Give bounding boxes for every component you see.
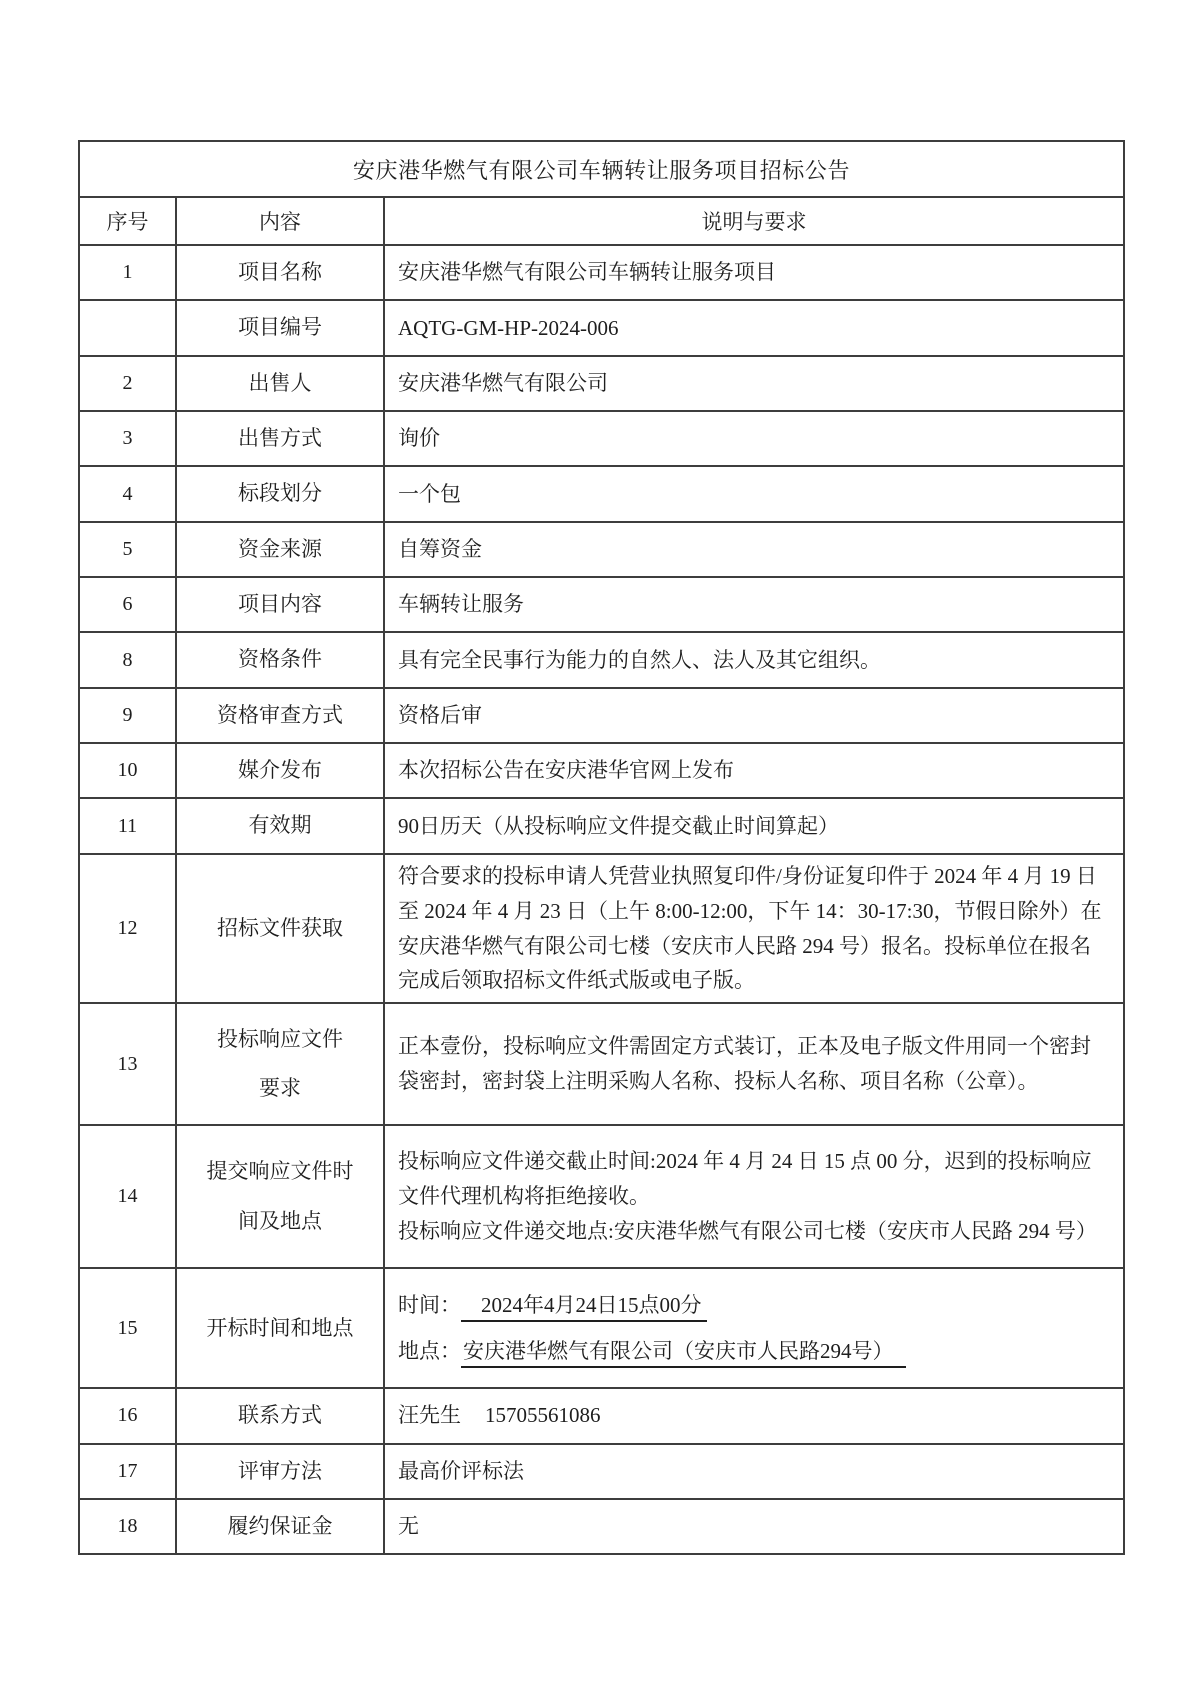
table-row-performance-bond: 18 履约保证金 无 (79, 1499, 1124, 1554)
table-row-media-publication: 10 媒介发布 本次招标公告在安庆港华官网上发布 (79, 743, 1124, 798)
contact-phone: 15705561086 (485, 1403, 601, 1427)
header-no: 序号 (79, 197, 176, 245)
table-row-contact: 16 联系方式 汪先生15705561086 (79, 1388, 1124, 1443)
row-number: 14 (79, 1125, 176, 1268)
table-row-qualification: 8 资格条件 具有完全民事行为能力的自然人、法人及其它组织。 (79, 632, 1124, 687)
row-value: 安庆港华燃气有限公司车辆转让服务项目 (384, 245, 1124, 300)
row-label: 资格条件 (176, 632, 384, 687)
row-value: 汪先生15705561086 (384, 1388, 1124, 1443)
title-row: 安庆港华燃气有限公司车辆转让服务项目招标公告 (79, 141, 1124, 197)
header-row: 序号 内容 说明与要求 (79, 197, 1124, 245)
row-value: 安庆港华燃气有限公司 (384, 356, 1124, 411)
row-label: 项目编号 (176, 300, 384, 355)
opening-place-value: 安庆港华燃气有限公司（安庆市人民路294号） (461, 1339, 906, 1368)
row-label: 评审方法 (176, 1444, 384, 1499)
contact-name: 汪先生 (398, 1403, 461, 1427)
row-number (79, 300, 176, 355)
row-value: AQTG-GM-HP-2024-006 (384, 300, 1124, 355)
row-label: 资格审查方式 (176, 688, 384, 743)
header-content: 内容 (176, 197, 384, 245)
row-label: 媒介发布 (176, 743, 384, 798)
table-row-document-acquisition: 12 招标文件获取 符合要求的投标申请人凭营业执照复印件/身份证复印件于 202… (79, 854, 1124, 1003)
row-label: 开标时间和地点 (176, 1268, 384, 1388)
row-number: 12 (79, 854, 176, 1003)
row-number: 16 (79, 1388, 176, 1443)
row-number: 3 (79, 411, 176, 466)
table-row-project-name: 1 项目名称 安庆港华燃气有限公司车辆转让服务项目 (79, 245, 1124, 300)
tender-announcement-table: 安庆港华燃气有限公司车辆转让服务项目招标公告 序号 内容 说明与要求 1 项目名… (78, 140, 1125, 1555)
row-label: 提交响应文件时 间及地点 (176, 1125, 384, 1268)
row-number: 18 (79, 1499, 176, 1554)
opening-time-label: 时间： (398, 1293, 461, 1317)
table-row-qualification-review: 9 资格审查方式 资格后审 (79, 688, 1124, 743)
row-number: 6 (79, 577, 176, 632)
row-label: 联系方式 (176, 1388, 384, 1443)
opening-time-line: 时间：2024年4月24日15点00分 (398, 1288, 1111, 1323)
document-page: 安庆港华燃气有限公司车辆转让服务项目招标公告 序号 内容 说明与要求 1 项目名… (0, 0, 1200, 1696)
row-value: 自筹资金 (384, 522, 1124, 577)
row-number: 10 (79, 743, 176, 798)
row-label: 有效期 (176, 798, 384, 853)
row-value: 车辆转让服务 (384, 577, 1124, 632)
document-title: 安庆港华燃气有限公司车辆转让服务项目招标公告 (79, 141, 1124, 197)
table-row-submission-time-place: 14 提交响应文件时 间及地点 投标响应文件递交截止时间:2024 年 4 月 … (79, 1125, 1124, 1268)
row-value: 符合要求的投标申请人凭营业执照复印件/身份证复印件于 2024 年 4 月 19… (384, 854, 1124, 1003)
table-row-fund-source: 5 资金来源 自筹资金 (79, 522, 1124, 577)
row-value: 90日历天（从投标响应文件提交截止时间算起） (384, 798, 1124, 853)
table-row-bid-response-requirements: 13 投标响应文件 要求 正本壹份，投标响应文件需固定方式装订，正本及电子版文件… (79, 1003, 1124, 1125)
table-row-evaluation-method: 17 评审方法 最高价评标法 (79, 1444, 1124, 1499)
row-value: 投标响应文件递交截止时间:2024 年 4 月 24 日 15 点 00 分，迟… (384, 1125, 1124, 1268)
submission-address-line: 投标响应文件递交地点:安庆港华燃气有限公司七楼（安庆市人民路 294 号） (398, 1214, 1111, 1249)
table-row-validity-period: 11 有效期 90日历天（从投标响应文件提交截止时间算起） (79, 798, 1124, 853)
row-label: 履约保证金 (176, 1499, 384, 1554)
row-number: 8 (79, 632, 176, 687)
opening-place-line: 地点：安庆港华燃气有限公司（安庆市人民路294号） (398, 1334, 1111, 1369)
row-value: 时间：2024年4月24日15点00分 地点：安庆港华燃气有限公司（安庆市人民路… (384, 1268, 1124, 1388)
row-value: 一个包 (384, 466, 1124, 521)
row-number: 1 (79, 245, 176, 300)
header-desc: 说明与要求 (384, 197, 1124, 245)
row-label: 标段划分 (176, 466, 384, 521)
row-number: 9 (79, 688, 176, 743)
row-label: 项目内容 (176, 577, 384, 632)
table-row-bid-opening: 15 开标时间和地点 时间：2024年4月24日15点00分 地点：安庆港华燃气… (79, 1268, 1124, 1388)
opening-time-value: 2024年4月24日15点00分 (461, 1293, 707, 1322)
opening-place-label: 地点： (398, 1339, 461, 1363)
row-value: 本次招标公告在安庆港华官网上发布 (384, 743, 1124, 798)
row-number: 2 (79, 356, 176, 411)
table-row-seller: 2 出售人 安庆港华燃气有限公司 (79, 356, 1124, 411)
row-number: 13 (79, 1003, 176, 1125)
row-number: 15 (79, 1268, 176, 1388)
row-value: 最高价评标法 (384, 1444, 1124, 1499)
table-row-sale-method: 3 出售方式 询价 (79, 411, 1124, 466)
row-value: 资格后审 (384, 688, 1124, 743)
row-label: 项目名称 (176, 245, 384, 300)
submission-deadline-line: 投标响应文件递交截止时间:2024 年 4 月 24 日 15 点 00 分，迟… (398, 1144, 1111, 1214)
row-label: 投标响应文件 要求 (176, 1003, 384, 1125)
row-number: 17 (79, 1444, 176, 1499)
row-value: 无 (384, 1499, 1124, 1554)
table-row-lot-division: 4 标段划分 一个包 (79, 466, 1124, 521)
table-row-project-number: 项目编号 AQTG-GM-HP-2024-006 (79, 300, 1124, 355)
row-label: 招标文件获取 (176, 854, 384, 1003)
row-number: 5 (79, 522, 176, 577)
row-label: 出售方式 (176, 411, 384, 466)
row-value: 正本壹份，投标响应文件需固定方式装订，正本及电子版文件用同一个密封袋密封，密封袋… (384, 1003, 1124, 1125)
row-value: 询价 (384, 411, 1124, 466)
row-number: 4 (79, 466, 176, 521)
row-number: 11 (79, 798, 176, 853)
row-label: 出售人 (176, 356, 384, 411)
row-value: 具有完全民事行为能力的自然人、法人及其它组织。 (384, 632, 1124, 687)
table-row-project-content: 6 项目内容 车辆转让服务 (79, 577, 1124, 632)
row-label: 资金来源 (176, 522, 384, 577)
